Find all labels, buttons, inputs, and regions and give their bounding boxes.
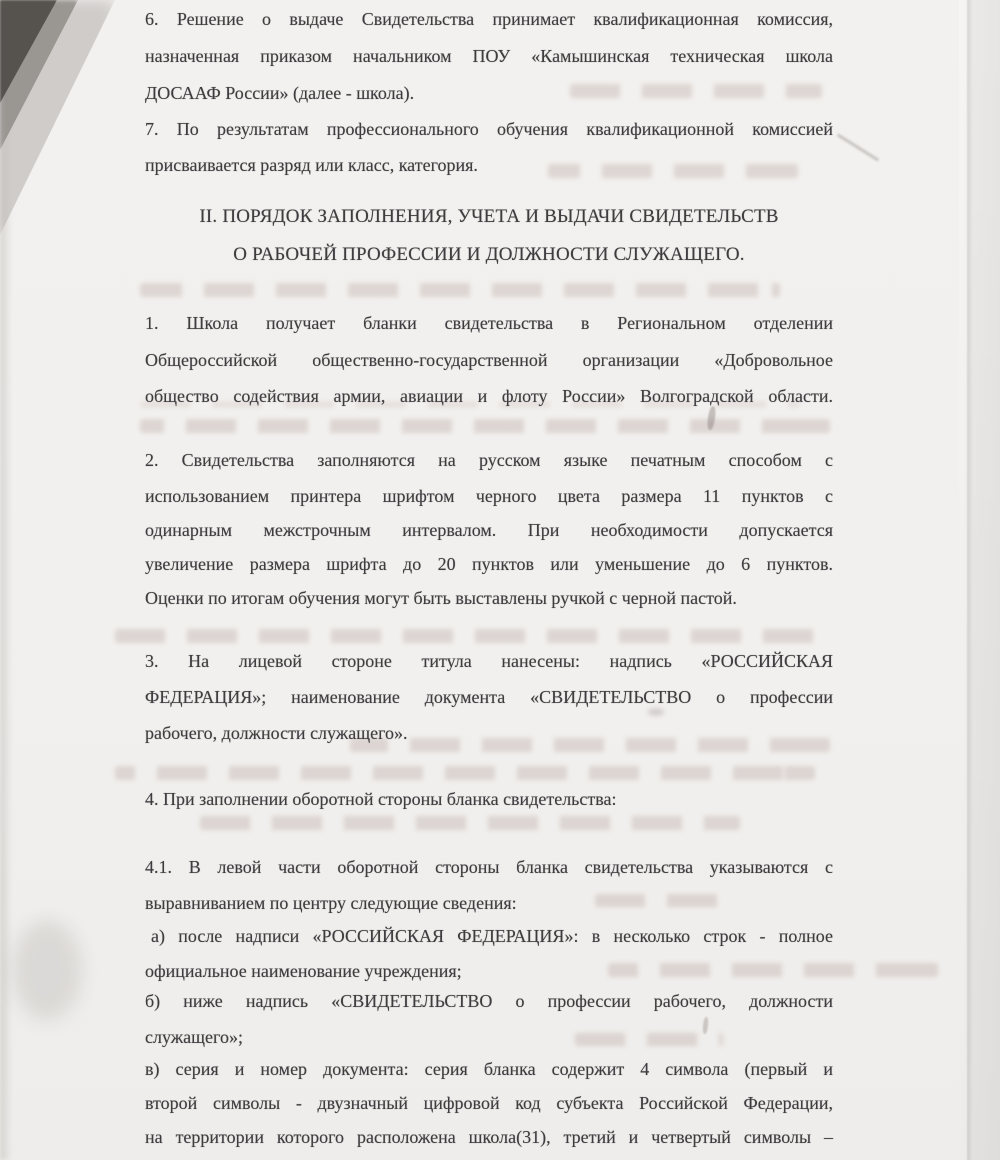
text-line: Оценки по итогам обучения могут быть выс… [145,587,833,609]
text-line: официальное наименование учреждения; [145,960,833,982]
bleed-through-row [115,629,815,643]
text-line: служащего»; [145,1026,833,1048]
text-line: одинарным межстрочным интервалом. При не… [145,519,833,541]
text-line: рабочего, должности служащего». [145,722,833,744]
section-heading-line: II. ПОРЯДОК ЗАПОЛНЕНИЯ, УЧЕТА И ВЫДАЧИ С… [145,206,833,228]
text-line: 4.1. В левой части оборотной стороны бла… [145,856,833,878]
text-line: назначенная приказом начальником ПОУ «Ка… [145,45,833,67]
text-line: использованием принтера шрифтом черного … [145,485,833,507]
page-right-edge-shadow [959,0,1000,1160]
text-line: 3. На лицевой стороне титула нанесены: н… [145,650,833,672]
text-line: ФЕДЕРАЦИЯ»; наименование документа «СВИД… [145,686,833,708]
bleed-through-row [140,419,830,433]
text-line: в) серия и номер документа: серия бланка… [145,1058,833,1080]
section-heading-line: О РАБОЧЕЙ ПРОФЕССИИ И ДОЛЖНОСТИ СЛУЖАЩЕГ… [145,244,833,266]
text-line: 1. Школа получает бланки свидетельства в… [145,312,833,334]
text-line: Общероссийской общественно-государственн… [145,349,833,371]
text-line: ДОСААФ России» (далее - школа). [145,82,833,104]
bleed-through-row [115,766,815,780]
text-line: б) ниже надпись «СВИДЕТЕЛЬСТВО о професс… [145,990,833,1012]
text-line: увеличение размера шрифта до 20 пунктов … [145,553,833,575]
text-line: второй символы - двузначный цифровой код… [145,1092,833,1114]
text-line: присваивается разряд или класс, категори… [145,154,833,176]
text-line: 2. Свидетельства заполняются на русском … [145,449,833,471]
text-line: общество содействия армии, авиации и фло… [145,385,833,407]
text-line: 4. При заполнении оборотной стороны блан… [145,788,833,810]
text-line: а) после надписи «РОССИЙСКАЯ ФЕДЕРАЦИЯ»:… [151,925,833,947]
bleed-through-row [200,816,740,830]
ink-speck [648,708,664,716]
paper-crease [837,134,879,162]
text-line: на территории которого расположена школа… [145,1126,833,1148]
scan-smudge [12,920,82,1020]
text-line: выравниванием по центру следующие сведен… [145,892,833,914]
bleed-through-row [140,283,780,297]
text-line: 7. По результатам профессионального обуч… [145,118,833,140]
scanned-document: 6. Решение о выдаче Свидетельства приним… [0,0,1000,1160]
text-line: 6. Решение о выдаче Свидетельства приним… [145,8,833,30]
